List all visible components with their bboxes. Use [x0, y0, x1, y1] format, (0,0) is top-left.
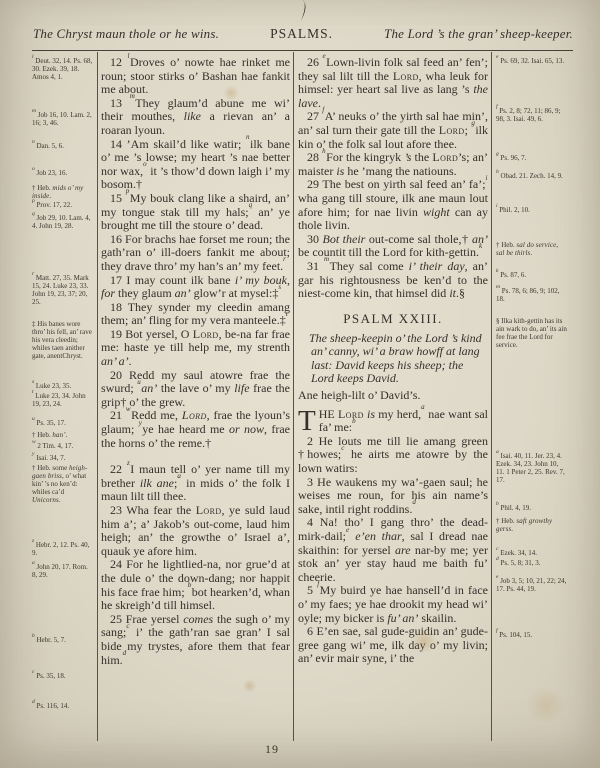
margin-note: † Heb. mids o’ my inside. [32, 185, 94, 201]
margin-note: n Dan. 5, 6. [32, 143, 94, 151]
margin-note: e Ps. 69, 32. Isai. 65, 13. [496, 58, 568, 66]
margin-note: f Ps. 2, 8; 72, 11; 86, 9; 98, 3. Isai. … [496, 108, 568, 124]
left-margin-notes: l Deut. 32, 14. Ps. 68, 30. Ezek. 39, 18… [32, 55, 94, 747]
verse: 17 I may count ilk bane i’ my bouk, for … [101, 274, 290, 301]
psalm-22-verses-left: 12 lDroves o’ nowte hae rinket me roun; … [101, 56, 290, 667]
verse: 23 Wha fear the Lord, ye suld laud him a… [101, 504, 290, 558]
margin-note: o Job 23, 16. [32, 170, 94, 178]
verse: 3 He waukens my wa’-gaen saul; he weises… [298, 476, 488, 517]
verse: 29 The best on yirth sal feed an’ fa’;i … [298, 178, 488, 232]
verse: 4 Na! tho’ I gang thro’ the dead-mirk-da… [298, 516, 488, 584]
verse: 18 They synder my cleedin amang them; an… [101, 301, 290, 328]
page-number: 19 [252, 742, 292, 757]
column-rule-left [97, 52, 98, 741]
psalm-heading: PSALM XXIII. [298, 312, 488, 326]
verse: THE Lord is my herd,a nae want sal fa’ m… [298, 408, 488, 435]
margin-note: t Luke 23, 34. John 19, 23, 24. [32, 393, 94, 409]
verse: 15 pMy bouk clang like a shaird, an’ my … [101, 192, 290, 233]
margin-note: e Job 3, 5; 10, 21, 22; 24, 17. Ps. 44, … [496, 578, 568, 594]
psalm-subtitle: Ane heigh-lilt o’ David’s. [298, 389, 488, 403]
margin-note: † Heb. some heigh-gaen briss, o’ what ki… [32, 465, 94, 505]
margin-note: y Isai. 34, 7. [32, 455, 94, 463]
margin-note: q Job 29, 10. Lam. 4, 4. John 19, 28. [32, 215, 94, 231]
verse: 28 hFor the kingryk ’s the Lord’s; an’ m… [298, 151, 488, 178]
margin-note: f Ps. 104, 15. [496, 632, 568, 640]
margin-note: † Heb. saft growthy gerss. [496, 518, 568, 534]
ink-mark [296, 0, 310, 22]
margin-note: a Isai. 40, 11. Jer. 23, 4. Ezek. 34, 23… [496, 453, 568, 485]
verse: 2 He louts me till lie amang green †howe… [298, 435, 488, 476]
verse: 22 zI maun tell o’ yer name till my bret… [101, 463, 290, 504]
verse: 20 Redd my saul atowre frae the swurd; u… [101, 369, 290, 410]
margin-note: b Phil. 4, 19. [496, 505, 568, 513]
margin-note: c Ps. 35, 18. [32, 673, 94, 681]
running-head-center: PSALMS. [270, 26, 333, 42]
margin-note: l Deut. 32, 14. Ps. 68, 30. Ezek. 39, 18… [32, 58, 94, 82]
book-page: The Chryst maun thole or he wins. PSALMS… [0, 0, 600, 768]
margin-note: a John 20, 17. Rom. 8, 29. [32, 564, 94, 580]
margin-note: § Ilka kith-gettin has its ain wark to d… [496, 318, 568, 350]
header-rule [32, 50, 573, 51]
margin-note: i Phil. 2, 10. [496, 207, 568, 215]
margin-note: † Heb. han’. [32, 432, 94, 440]
verse: 25 Frae yersel comes the sugh o’ my sang… [101, 613, 290, 667]
running-head-left: The Chryst maun thole or he wins. [33, 26, 219, 42]
psalm-22-verses-right: 26 eLown-livin folk sal feed an’ fen’; t… [298, 56, 488, 301]
verse: 12 lDroves o’ nowte hae rinket me roun; … [101, 56, 290, 97]
margin-note: d Ps. 116, 14. [32, 703, 94, 711]
margin-note: b Hebr. 5, 7. [32, 637, 94, 645]
margin-note: d Ps. 5, 8; 31, 3. [496, 560, 568, 568]
verse: 13 mThey glaum’d abune me wi’ their mout… [101, 97, 290, 138]
margin-note: w 2 Tim. 4, 17. [32, 443, 94, 451]
verse: 21 wRedd me, Lord, frae the lyoun’s glau… [101, 409, 290, 450]
verse: 5 fMy buird ye hae hansell’d in face o’ … [298, 584, 488, 625]
column-rule-right [491, 52, 492, 741]
verse: 14 ’Am skail’d like watir; nilk bane o’ … [101, 138, 290, 192]
verse: 16 For brachs hae forset me roun; the ga… [101, 233, 290, 274]
running-head: The Chryst maun thole or he wins. PSALMS… [33, 26, 573, 42]
margin-note: s Luke 23, 35. [32, 383, 94, 391]
margin-note: m Job 16, 10. Lam. 2, 16; 3, 46. [32, 112, 94, 128]
margin-note: r Matt. 27, 35. Mark 15, 24. Luke 23, 33… [32, 275, 94, 307]
verse: 26 eLown-livin folk sal feed an’ fen’; t… [298, 56, 488, 110]
margin-note: z Hebr. 2, 12. Ps. 40, 9. [32, 542, 94, 558]
margin-note: u Ps. 35, 17. [32, 420, 94, 428]
paper-stain [242, 680, 257, 692]
drop-cap: T [298, 408, 319, 433]
right-text-column: 26 eLown-livin folk sal feed an’ fen’; t… [298, 56, 488, 666]
verse: 6 E’en sae, sal gude-guidin an’ gude-gre… [298, 625, 488, 666]
margin-note: p Prov. 17, 22. [32, 202, 94, 210]
verse: 31 mThey sal come i’ their day, an’ gar … [298, 260, 488, 301]
verse: 19 Bot yersel, O Lord, be-na far frae me… [101, 328, 290, 369]
margin-note: h Obad. 21. Zech. 14, 9. [496, 173, 568, 181]
column-rule-center [293, 52, 294, 741]
psalm-23-verses: THE Lord is my herd,a nae want sal fa’ m… [298, 408, 488, 666]
margin-note: c Ezek. 34, 14. [496, 550, 568, 558]
verse: 24 For he lightlied-na, nor grue’d at th… [101, 558, 290, 612]
margin-note: † Heb. sal do service, sal be thirls. [496, 242, 568, 258]
margin-note: g Ps. 96, 7. [496, 155, 568, 163]
psalm-summary: The sheep-keepin o’ the Lord ’s kind an’… [311, 332, 486, 385]
running-head-right: The Lord ’s the gran’ sheep-keeper. [384, 26, 573, 42]
margin-note: ‡ His banes wore thro’ his fell, an’ rav… [32, 321, 94, 361]
left-text-column: 12 lDroves o’ nowte hae rinket me roun; … [101, 56, 290, 667]
margin-note: m Ps. 78, 6; 86, 9; 102, 18. [496, 288, 568, 304]
margin-note: k Ps. 87, 6. [496, 272, 568, 280]
verse: 27 fA’ neuks o’ the yirth sal hae min’, … [298, 110, 488, 151]
right-margin-notes: e Ps. 69, 32. Isai. 65, 13.f Ps. 2, 8; 7… [496, 55, 568, 747]
